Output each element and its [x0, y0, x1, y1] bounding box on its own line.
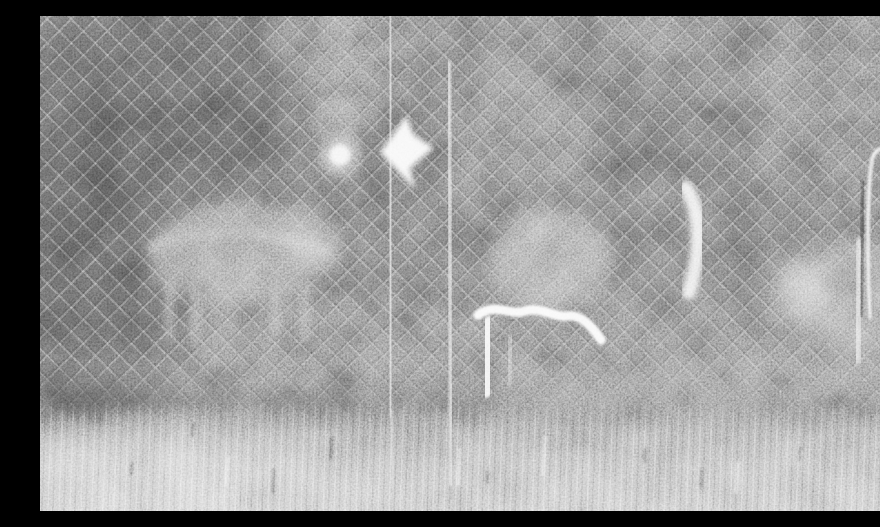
- animal-left-leg: [166, 282, 173, 338]
- animal-right-highlight: [784, 263, 832, 311]
- animal-left-head: [292, 216, 340, 274]
- night-photo: [40, 16, 880, 511]
- animal-left-leg: [272, 280, 279, 336]
- animal-left-leg: [192, 288, 199, 344]
- animal-left-leg: [302, 284, 309, 340]
- animal-middle-body: [493, 213, 611, 311]
